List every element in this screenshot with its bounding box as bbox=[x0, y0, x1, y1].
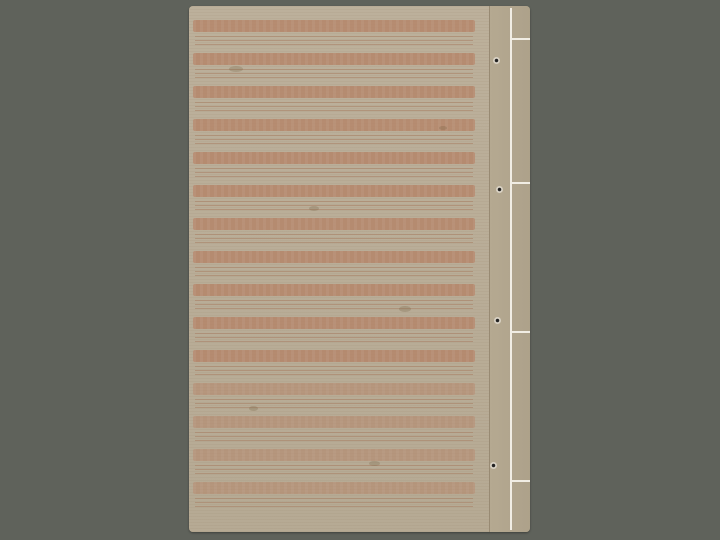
cover-fine-line bbox=[195, 275, 473, 276]
cover-fine-line bbox=[195, 506, 473, 507]
cover-fine-line bbox=[195, 238, 473, 239]
cover-fine-line bbox=[195, 370, 473, 371]
binding-thread-stitch bbox=[511, 480, 530, 482]
cover-stripe bbox=[193, 416, 475, 428]
cover-fine-line bbox=[195, 110, 473, 111]
cover-fine-line bbox=[195, 374, 473, 375]
cover-stripe bbox=[193, 53, 475, 65]
cover-fine-line bbox=[195, 498, 473, 499]
cover-fine-line bbox=[195, 399, 473, 400]
binding-thread-vertical bbox=[510, 8, 512, 530]
binding-thread-stitch bbox=[511, 331, 530, 333]
paper-stain bbox=[439, 126, 447, 130]
cover-fine-line bbox=[195, 473, 473, 474]
cover-fine-line bbox=[195, 209, 473, 210]
cover-fine-line bbox=[195, 106, 473, 107]
paper-stain bbox=[309, 206, 319, 211]
cover-fine-line bbox=[195, 440, 473, 441]
cover-fine-line bbox=[195, 308, 473, 309]
cover-fine-line bbox=[195, 40, 473, 41]
cover-stripe bbox=[193, 218, 475, 230]
cover-fine-line bbox=[195, 436, 473, 437]
binding-hole bbox=[493, 57, 500, 64]
cover-fine-line bbox=[195, 300, 473, 301]
paper-stain bbox=[399, 306, 411, 312]
book-photo bbox=[0, 0, 720, 540]
cover-fine-line bbox=[195, 242, 473, 243]
cover-fine-line bbox=[195, 135, 473, 136]
striped-cover-paper bbox=[189, 6, 489, 532]
cover-stripe bbox=[193, 185, 475, 197]
binding-hole bbox=[496, 186, 503, 193]
paper-stain bbox=[369, 461, 380, 466]
cover-fine-line bbox=[195, 36, 473, 37]
cover-stripe bbox=[193, 152, 475, 164]
cover-fine-line bbox=[195, 271, 473, 272]
cover-stripe bbox=[193, 383, 475, 395]
cover-stripe bbox=[193, 449, 475, 461]
cover-stripe bbox=[193, 482, 475, 494]
cover-stripe bbox=[193, 284, 475, 296]
binding-thread-stitch bbox=[511, 38, 530, 40]
cover-stripe bbox=[193, 86, 475, 98]
cover-fine-line bbox=[195, 77, 473, 78]
cover-fine-line bbox=[195, 201, 473, 202]
cover-fine-line bbox=[195, 337, 473, 338]
cover-fine-line bbox=[195, 172, 473, 173]
paper-stain bbox=[249, 406, 258, 411]
binding-hole bbox=[490, 462, 497, 469]
cover-fine-line bbox=[195, 366, 473, 367]
cover-fine-line bbox=[195, 432, 473, 433]
cover-stripe bbox=[193, 119, 475, 131]
cover-fine-line bbox=[195, 267, 473, 268]
cover-fine-line bbox=[195, 139, 473, 140]
cover-stripe bbox=[193, 20, 475, 32]
cover-stripe bbox=[193, 350, 475, 362]
paper-stain bbox=[229, 66, 243, 72]
cover-fine-line bbox=[195, 168, 473, 169]
stab-bound-book-cover bbox=[189, 6, 530, 532]
cover-fine-line bbox=[195, 469, 473, 470]
cover-fine-line bbox=[195, 102, 473, 103]
cover-fine-line bbox=[195, 205, 473, 206]
cover-fine-line bbox=[195, 304, 473, 305]
cover-fine-line bbox=[195, 143, 473, 144]
cover-fine-line bbox=[195, 407, 473, 408]
cover-fine-line bbox=[195, 73, 473, 74]
cover-stripe bbox=[193, 251, 475, 263]
cover-fine-line bbox=[195, 333, 473, 334]
cover-fine-line bbox=[195, 403, 473, 404]
cover-fine-line bbox=[195, 44, 473, 45]
cover-stripe bbox=[193, 317, 475, 329]
binding-hole bbox=[494, 317, 501, 324]
cover-fine-line bbox=[195, 341, 473, 342]
cover-fine-line bbox=[195, 465, 473, 466]
binding-thread-stitch bbox=[511, 182, 530, 184]
cover-fine-line bbox=[195, 176, 473, 177]
cover-fine-line bbox=[195, 234, 473, 235]
cover-fine-line bbox=[195, 502, 473, 503]
